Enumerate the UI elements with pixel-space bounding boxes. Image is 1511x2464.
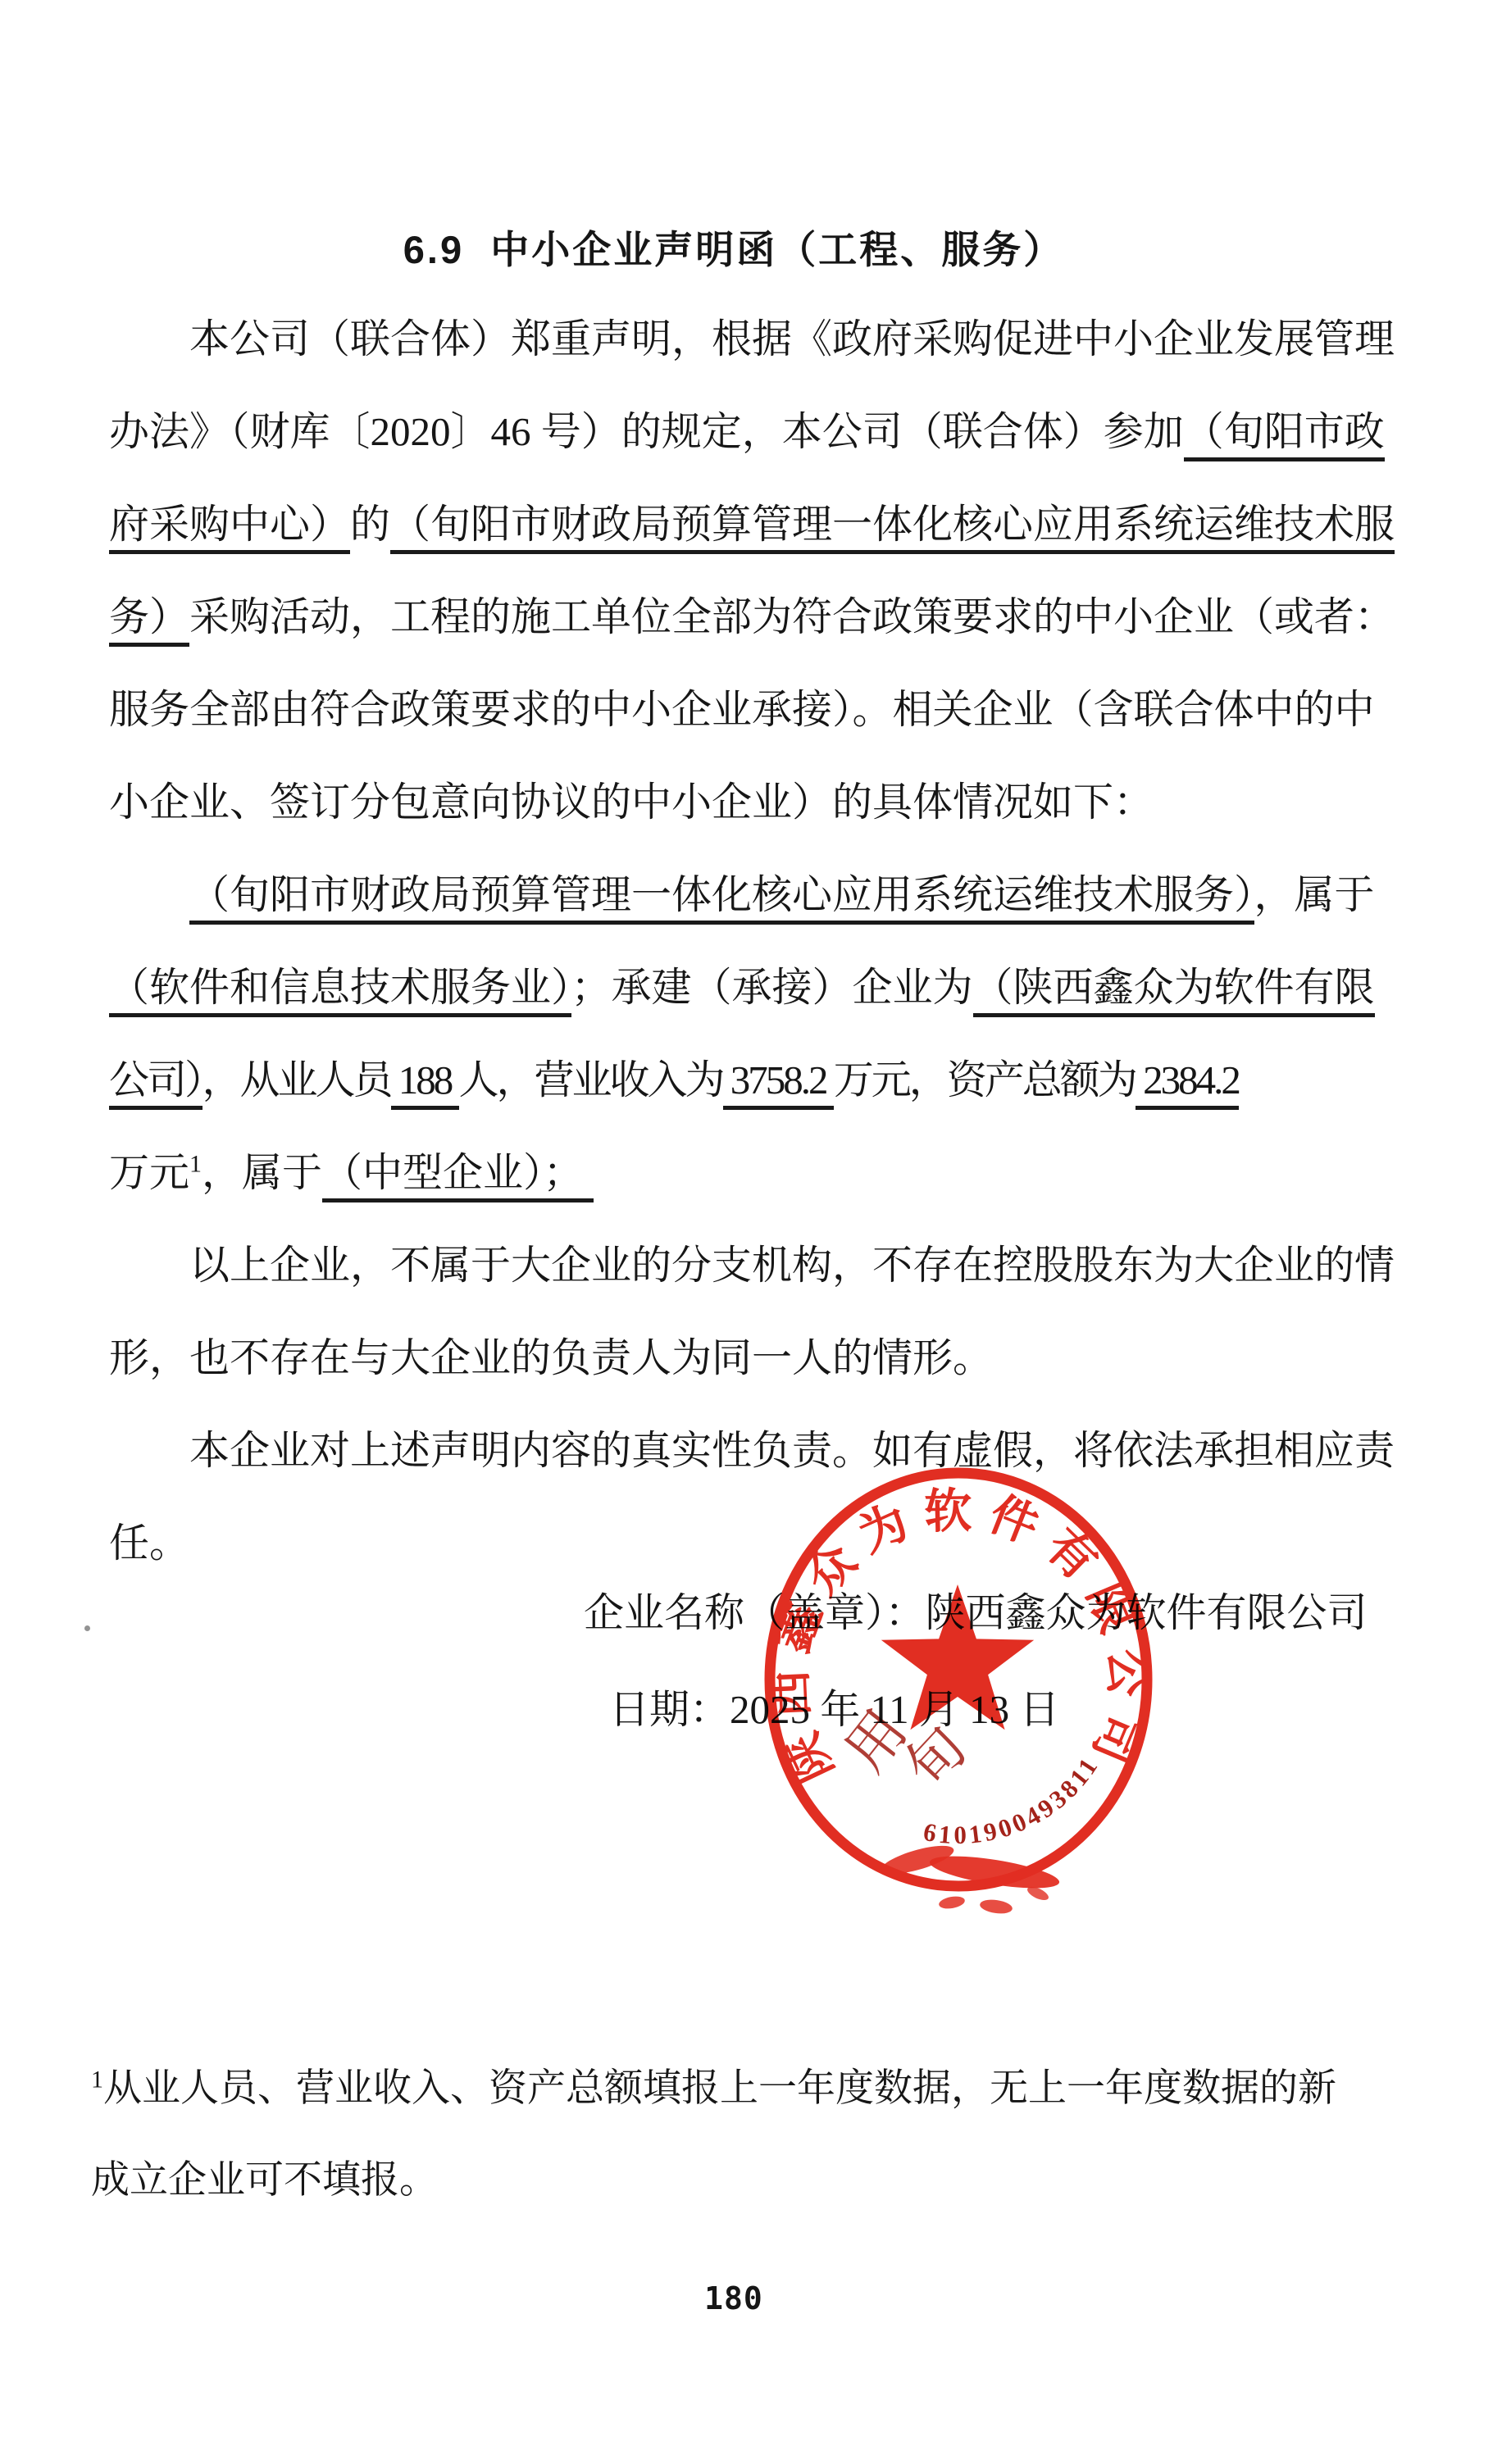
page-number: 180 — [0, 2280, 1468, 2316]
body-line: 万元1，属于（中型企业）； — [109, 1126, 1417, 1219]
body-text-segment: 形，也不存在与大企业的负责人为同一人的情形。 — [109, 1335, 993, 1380]
seal-ghost-character: 用 — [835, 1699, 920, 1784]
body-text-segment: 服务全部由符合政策要求的中小企业承接）。相关企业（含联合体中的中 — [109, 687, 1375, 732]
employee-count-value: 188 — [391, 1057, 459, 1110]
body-line: 府采购中心）的（旬阳市财政局预算管理一体化核心应用系统运维技术服 — [109, 478, 1417, 571]
body-text-segment: 采购活动，工程的施工单位全部为符合政策要求的中小企业（或者： — [189, 594, 1395, 639]
seal-star-icon — [881, 1584, 1034, 1730]
underlined-text: （陕西鑫众为软件有限 — [973, 965, 1375, 1017]
body-text-segment: ，从业人员 — [203, 1057, 391, 1102]
body-text-segment: 任。 — [109, 1521, 189, 1566]
body-text-segment: 万元 — [109, 1150, 189, 1195]
footnote-line: 1从业人员、营业收入、资产总额填报上一年度数据，无上一年度数据的新 — [91, 2043, 1419, 2134]
body-line: （旬阳市财政局预算管理一体化核心应用系统运维技术服务），属于 — [109, 848, 1417, 941]
body-line: 务）采购活动，工程的施工单位全部为符合政策要求的中小企业（或者： — [109, 571, 1417, 663]
body-line: 小企业、签订分包意向协议的中小企业）的具体情况如下： — [109, 756, 1417, 848]
underlined-text: （旬阳市财政局预算管理一体化核心应用系统运维技术服 — [390, 502, 1395, 554]
body-text-segment: 万元，资产总额为 — [834, 1057, 1136, 1102]
underlined-text: （旬阳市财政局预算管理一体化核心应用系统运维技术服务） — [189, 872, 1254, 925]
footnote-text: 成立企业可不填报。 — [91, 2159, 438, 2202]
body-text-segment: 小企业、签订分包意向协议的中小企业）的具体情况如下： — [109, 780, 1154, 825]
footnote-text: 从业人员、营业收入、资产总额填报上一年度数据，无上一年度数据的新 — [103, 2067, 1336, 2110]
footnote-line: 成立企业可不填报。 — [91, 2134, 1419, 2226]
body-text-segment: ，属于 — [1254, 872, 1375, 917]
body-line: （软件和信息技术服务业）；承建（承接）企业为（陕西鑫众为软件有限 — [109, 941, 1417, 1034]
body-line: 公司），从业人员 188 人，营业收入为 3758.2 万元，资产总额为 238… — [109, 1034, 1417, 1126]
body-line: 形，也不存在与大企业的负责人为同一人的情形。 — [109, 1312, 1417, 1404]
body-text-segment: ，属于 — [202, 1150, 322, 1195]
body-line: 办法》（财库〔2020〕46 号）的规定，本公司（联合体）参加（旬阳市政 — [109, 385, 1417, 478]
footnote: 1从业人员、营业收入、资产总额填报上一年度数据，无上一年度数据的新 成立企业可不… — [91, 2043, 1419, 2226]
underlined-text: 公司） — [109, 1057, 203, 1110]
declaration-body: 本公司（联合体）郑重声明，根据《政府采购促进中小企业发展管理 办法》（财库〔20… — [109, 293, 1417, 1589]
body-text-segment: 办法》（财库〔2020〕46 号）的规定，本公司（联合体）参加 — [109, 409, 1184, 454]
body-line: 本公司（联合体）郑重声明，根据《政府采购促进中小企业发展管理 — [109, 293, 1417, 385]
footnote-reference-mark: 1 — [189, 1151, 202, 1178]
body-text-segment: 本公司（联合体）郑重声明，根据《政府采购促进中小企业发展管理 — [189, 316, 1395, 361]
body-text-segment: 的 — [350, 502, 390, 547]
body-text-segment: 以上企业，不属于大企业的分支机构，不存在控股股东为大企业的情 — [189, 1243, 1395, 1288]
enterprise-type-value: （中型企业）； — [322, 1150, 594, 1202]
underlined-text: （旬阳市政 — [1184, 409, 1385, 461]
company-seal-stamp: 陕西鑫众为软件有限公司 6101900493811 用 旬 — [757, 1464, 1160, 1923]
seal-ink-speck — [979, 1898, 1013, 1915]
underlined-text: 府采购中心） — [109, 502, 350, 554]
underlined-text: （软件和信息技术服务业） — [109, 965, 571, 1017]
body-line: 以上企业，不属于大企业的分支机构，不存在控股股东为大企业的情 — [109, 1219, 1417, 1312]
seal-ink-speck — [938, 1894, 966, 1910]
body-text-segment: ；承建（承接）企业为 — [571, 965, 973, 1010]
assets-value: 2384.2 — [1136, 1057, 1239, 1110]
scan-dot-artifact — [84, 1625, 90, 1631]
underlined-text: 务） — [109, 594, 189, 647]
revenue-value: 3758.2 — [723, 1057, 834, 1110]
body-line: 服务全部由符合政策要求的中小企业承接）。相关企业（含联合体中的中 — [109, 663, 1417, 756]
body-text-segment: 人，营业收入为 — [459, 1057, 723, 1102]
footnote-marker: 1 — [91, 2066, 103, 2093]
document-page: 6.9 中小企业声明函（工程、服务） 本公司（联合体）郑重声明，根据《政府采购促… — [0, 0, 1511, 2464]
page-title: 6.9 中小企业声明函（工程、服务） — [0, 220, 1468, 275]
